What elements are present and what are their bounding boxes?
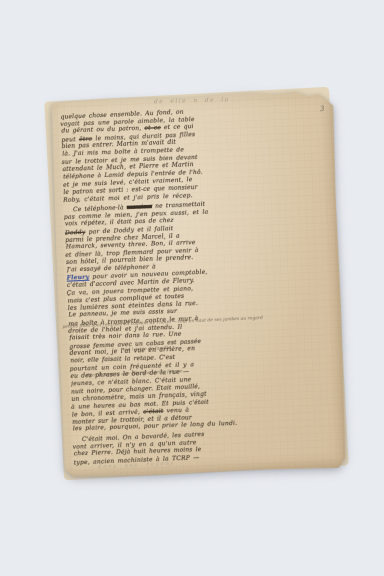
paragraph: quelque chose ensemble. Au fond, onvoyai… (60, 103, 332, 204)
pencil-header-note: de elle n de la (154, 96, 230, 105)
text-segment-strike: être (79, 135, 92, 143)
handwritten-text: quelque chose ensemble. Au fond, onvoyai… (60, 103, 342, 466)
text-segment: peut (61, 136, 79, 144)
manuscript-stack: de elle n de la 3 quelque chose ensemble… (50, 90, 347, 479)
text-segment-strike: c'était (143, 408, 164, 416)
text-segment-blue: Fleury (67, 274, 90, 282)
paragraph: Ce téléphone-là monsieur ne transmettait… (64, 196, 342, 434)
photo-background: de elle n de la 3 quelque chose ensemble… (0, 0, 384, 576)
text-segment-strike: Doddy (65, 229, 86, 237)
text-segment: venu à (163, 407, 189, 415)
text-segment-strike: et ce (144, 124, 161, 132)
manuscript-page: de elle n de la 3 quelque chose ensemble… (50, 90, 347, 479)
text-segment: et ce qui (161, 123, 194, 131)
